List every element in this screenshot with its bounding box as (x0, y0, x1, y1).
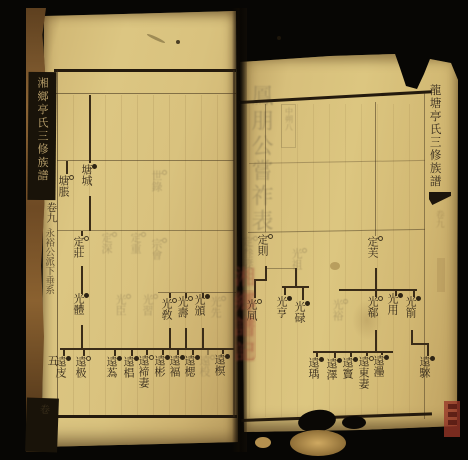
ghost-tree-node: 定重 (132, 232, 146, 254)
person-name: 光亨 (274, 296, 287, 318)
connector-line (53, 415, 237, 418)
tree-node: 塘城 (83, 164, 97, 186)
connector-line (254, 279, 267, 281)
ghost-tree-node: 宗會 (153, 238, 167, 260)
connector-line (202, 328, 204, 349)
person-name: 遠榠 (212, 354, 225, 376)
connector-line (295, 268, 297, 287)
person-name: 遠澤 (324, 358, 337, 380)
tree-node: 遠榠 (216, 354, 230, 376)
tree-node: 遠庋 (57, 356, 71, 378)
connector-line (54, 93, 236, 94)
tree-node: 定芙 (369, 236, 383, 258)
person-name: 光習 (140, 294, 153, 316)
person-name: 遠楒 (182, 355, 195, 377)
tree-node: 遠騋 (421, 356, 435, 378)
person-name: 遠灅 (371, 355, 384, 377)
connector-line (89, 95, 91, 163)
tree-node: 光體 (75, 293, 89, 315)
person-name: 遠瑀 (306, 357, 319, 379)
red-seal-text: 湘鄉譜記 (231, 266, 256, 406)
connector-line (339, 289, 417, 291)
ghost-boxed-note-text: 中朔八 (284, 107, 293, 131)
person-name: 定深 (99, 232, 112, 254)
connector-line (54, 69, 236, 72)
person-name: 光敎 (159, 298, 172, 320)
connector-line (302, 287, 304, 300)
tree-node: 遠极 (77, 356, 91, 378)
person-name: 光臣 (113, 294, 126, 316)
connector-line (89, 196, 91, 231)
person-name: 定重 (128, 232, 141, 254)
person-name: 光郗 (365, 296, 378, 318)
connector-line (375, 330, 377, 352)
person-name: 光祖 (289, 248, 302, 270)
person-name: 遠竇 (340, 357, 353, 379)
ink-speck (277, 36, 281, 40)
connector-line (81, 325, 83, 349)
connector-line (411, 330, 413, 344)
worn-spine-bottom (290, 430, 346, 456)
ghost-tree-node: 光習 (144, 294, 158, 316)
person-name: 遠杸 (197, 355, 210, 377)
person-name: 世錄 (149, 170, 162, 192)
edge-smudge (437, 258, 445, 292)
tree-node: 光碌 (296, 301, 310, 323)
person-name: 遠极 (73, 356, 86, 378)
connector-line (427, 344, 429, 356)
connector-line (375, 102, 376, 236)
tree-node: 光亨 (278, 296, 292, 318)
connector-line (57, 230, 234, 231)
person-name: 光頒 (192, 294, 205, 316)
paper-stain (330, 262, 340, 270)
right-edge-title-text: 龍塘亭氏三修族譜 (428, 84, 442, 194)
connector-line (375, 268, 377, 290)
right-edge-ghost-text: 卷九 (433, 210, 444, 258)
tree-node: 光箾 (407, 296, 421, 318)
ink-speck (176, 40, 180, 44)
person-name: 塘脹 (56, 175, 69, 197)
bottom-spine-label: 卷 (25, 397, 59, 452)
person-name: 遠褅妻 (136, 355, 149, 388)
person-name: 光壽 (175, 296, 188, 318)
tree-node: 塘脹 (60, 175, 74, 197)
person-name: 光箾 (403, 296, 416, 318)
connector-line (169, 328, 171, 349)
tree-node: 光用 (389, 293, 403, 315)
ghost-boxed-note: 中朔八 (281, 104, 296, 148)
person-name: 遠東妻 (356, 356, 369, 389)
ghost-tree-node: 定深 (103, 232, 117, 254)
tree-node: 遠瑀 (310, 357, 324, 379)
left-spine-title-text: 湘鄉亭氏三修族譜 (35, 77, 48, 197)
ghost-tree-node: 世錄 (153, 170, 167, 192)
connector-line (57, 160, 234, 161)
tree-node: 定莊 (75, 236, 89, 258)
ghost-title-text: 鳳朋公嘗祚表 (247, 84, 273, 244)
tree-node: 光壽 (179, 296, 193, 318)
person-name: 塘城 (79, 164, 92, 186)
person-name: 光體 (71, 293, 84, 315)
bottom-spine-label-marks: 卷 (36, 404, 48, 414)
person-name: 光先 (208, 296, 221, 318)
ghost-tree-node: 光裕 (334, 299, 348, 321)
connector-line (282, 286, 309, 288)
page-number: 五 (45, 355, 58, 371)
connector-line (284, 287, 286, 295)
tree-node: 光郗 (369, 296, 383, 318)
connector-line (81, 266, 83, 294)
person-name: 定莊 (71, 236, 84, 258)
connector-line (66, 161, 68, 174)
person-name: 遠騋 (417, 356, 430, 378)
ghost-tree-node: 光臣 (117, 294, 131, 316)
lineage-margin-note: 永裕公派下垂系 (43, 228, 54, 332)
red-seal-fragment (444, 401, 460, 437)
worn-black-blob (342, 416, 366, 429)
person-name: 遠彬 (152, 355, 165, 377)
person-name: 遠椙 (121, 356, 134, 378)
person-name: 光裕 (330, 299, 343, 321)
person-name: 光碌 (292, 301, 305, 323)
person-name: 遠蒍 (104, 356, 117, 378)
tree-node: 遠蒍 (108, 356, 122, 378)
connector-line (185, 328, 187, 349)
book-photo: 鳳朋公嘗祚表 中朔八 湘鄉譜記 塘城塘脹定莊光體光敎光壽光頒世錄宗會定深光臣定重… (0, 0, 468, 460)
ghost-tree-node: 光祖 (293, 248, 307, 270)
person-name: 宗會 (149, 238, 162, 260)
ghost-tree-node: 光先 (212, 296, 226, 318)
tree-node: 遠灅 (375, 355, 389, 377)
person-name: 定芙 (365, 236, 378, 258)
worn-spine-bottom (255, 437, 271, 448)
person-name: 光用 (385, 293, 398, 315)
person-name: 遠褔 (167, 355, 180, 377)
connector-line (265, 104, 266, 232)
tree-node: 定則 (259, 234, 273, 256)
